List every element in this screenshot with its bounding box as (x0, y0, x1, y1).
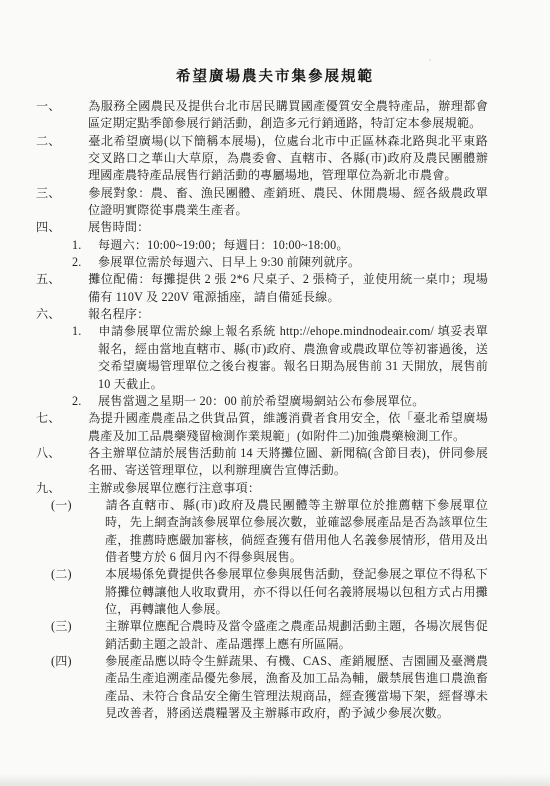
rule-item-5: 五、攤位配備：每攤提供 2 張 2*6 尺桌子、2 張椅子，並使用統一桌巾；現場… (62, 271, 488, 306)
item-marker: 四、 (62, 219, 88, 236)
item-text: 本展場係免費提供各參展單位參與展售活動，登記參展之單位不得私下將攤位轉讓他人收取… (105, 567, 488, 616)
item-marker: 2. (85, 393, 98, 410)
note-item-3: (三)主辦單位應配合農時及當令盛產之農產品規劃活動主題，各場次展售促銷活動主題之… (62, 618, 488, 653)
item-marker: (三) (78, 618, 105, 635)
item-marker: 七、 (62, 410, 88, 427)
scanned-document-page: 希望廣場農夫市集參展規範 一、為服務全國農民及提供台北市居民購買國產優質安全農特… (0, 0, 550, 786)
item-marker: 二、 (62, 133, 88, 150)
item-marker: 八、 (62, 445, 88, 462)
item-text: 展售當週之星期一 20：00 前於希望廣場網站公布參展單位。 (98, 394, 425, 408)
rule-item-7: 七、為提升國產農產品之供貨品質，維護消費者食用安全，依「臺北希望廣場農產及加工品… (62, 410, 488, 445)
item-marker: 一、 (62, 98, 88, 115)
item-text: 請各直轄市、縣(市)政府及農民團體等主辦單位於推薦轄下參展單位時，先上網查詢該參… (105, 498, 488, 564)
item-marker: (四) (78, 653, 105, 670)
item-text: 展售時間： (88, 220, 149, 234)
document-body: 一、為服務全國農民及提供台北市居民購買國產優質安全農特產品，辦理都會區定期定點季… (62, 98, 488, 722)
item-text: 各主辦單位請於展售活動前 14 天將攤位圖、新聞稿(含節目表)，併同參展名冊、寄… (88, 446, 488, 477)
item-marker: 1. (85, 323, 98, 340)
item-marker: 2. (85, 254, 98, 271)
rule-item-4: 四、展售時間： (62, 219, 488, 236)
rule-item-6: 六、報名程序： (62, 306, 488, 323)
rule-item-4-sub-2: 2.參展單位需於每週六、日早上 9:30 前陳列就序。 (62, 254, 488, 271)
rule-item-4-sub-1: 1.每週六：10:00~19:00；每週日：10:00~18:00。 (62, 237, 488, 254)
item-text: 主辦或參展單位應行注意事項： (88, 481, 260, 495)
note-item-4: (四)參展產品應以時令生鮮蔬果、有機、CAS、產銷履歷、吉園圃及臺灣農產品生產追… (62, 653, 488, 722)
item-text: 攤位配備：每攤提供 2 張 2*6 尺桌子、2 張椅子，並使用統一桌巾；現場備有… (88, 272, 488, 303)
scan-bottom-shadow (0, 774, 550, 786)
item-marker: 1. (85, 237, 98, 254)
rule-item-1: 一、為服務全國農民及提供台北市居民購買國產優質安全農特產品，辦理都會區定期定點季… (62, 98, 488, 133)
item-text: 臺北希望廣場(以下簡稱本展場)，位處台北市中正區林森北路與北平東路交叉路口之華山… (88, 134, 488, 183)
item-text: 為提升國產農產品之供貨品質，維護消費者食用安全，依「臺北希望廣場農產及加工品農藥… (88, 411, 488, 442)
rule-item-8: 八、各主辦單位請於展售活動前 14 天將攤位圖、新聞稿(含節目表)，併同參展名冊… (62, 445, 488, 480)
item-marker: 三、 (62, 185, 88, 202)
item-text: 每週六：10:00~19:00；每週日：10:00~18:00。 (98, 238, 349, 252)
rule-item-6-sub-1: 1.申請參展單位需於線上報名系統 http://ehope.mindnodeai… (62, 323, 488, 392)
note-item-2: (二)本展場係免費提供各參展單位參與展售活動，登記參展之單位不得私下將攤位轉讓他… (62, 566, 488, 618)
item-text: 參展對象：農、畜、漁民團體、產銷班、農民、休閒農場、經各級農政單位證明實際從事農… (88, 186, 488, 217)
note-item-1: (一)請各直轄市、縣(市)政府及農民團體等主辦單位於推薦轄下參展單位時，先上網查… (62, 497, 488, 566)
item-text: 主辦單位應配合農時及當令盛產之農產品規劃活動主題，各場次展售促銷活動主題之設計、… (105, 619, 488, 650)
item-marker: (一) (78, 497, 105, 514)
item-marker: 五、 (62, 271, 88, 288)
item-text: 參展產品應以時令生鮮蔬果、有機、CAS、產銷履歷、吉園圃及臺灣農產品生產追溯產品… (105, 654, 488, 720)
item-marker: (二) (78, 566, 105, 583)
rule-item-3: 三、參展對象：農、畜、漁民團體、產銷班、農民、休閒農場、經各級農政單位證明實際從… (62, 185, 488, 220)
rule-item-9: 九、主辦或參展單位應行注意事項： (62, 480, 488, 497)
item-text: 報名程序： (88, 307, 149, 321)
item-marker: 六、 (62, 306, 88, 323)
item-text: 申請參展單位需於線上報名系統 http://ehope.mindnodeair.… (98, 324, 488, 390)
document-title: 希望廣場農夫市集參展規範 (62, 66, 488, 88)
rule-item-6-sub-2: 2.展售當週之星期一 20：00 前於希望廣場網站公布參展單位。 (62, 393, 488, 410)
item-text: 參展單位需於每週六、日早上 9:30 前陳列就序。 (98, 255, 360, 269)
item-text: 為服務全國農民及提供台北市居民購買國產優質安全農特產品，辦理都會區定期定點季節參… (88, 99, 488, 130)
rule-item-2: 二、臺北希望廣場(以下簡稱本展場)，位處台北市中正區林森北路與北平東路交叉路口之… (62, 133, 488, 185)
item-marker: 九、 (62, 480, 88, 497)
